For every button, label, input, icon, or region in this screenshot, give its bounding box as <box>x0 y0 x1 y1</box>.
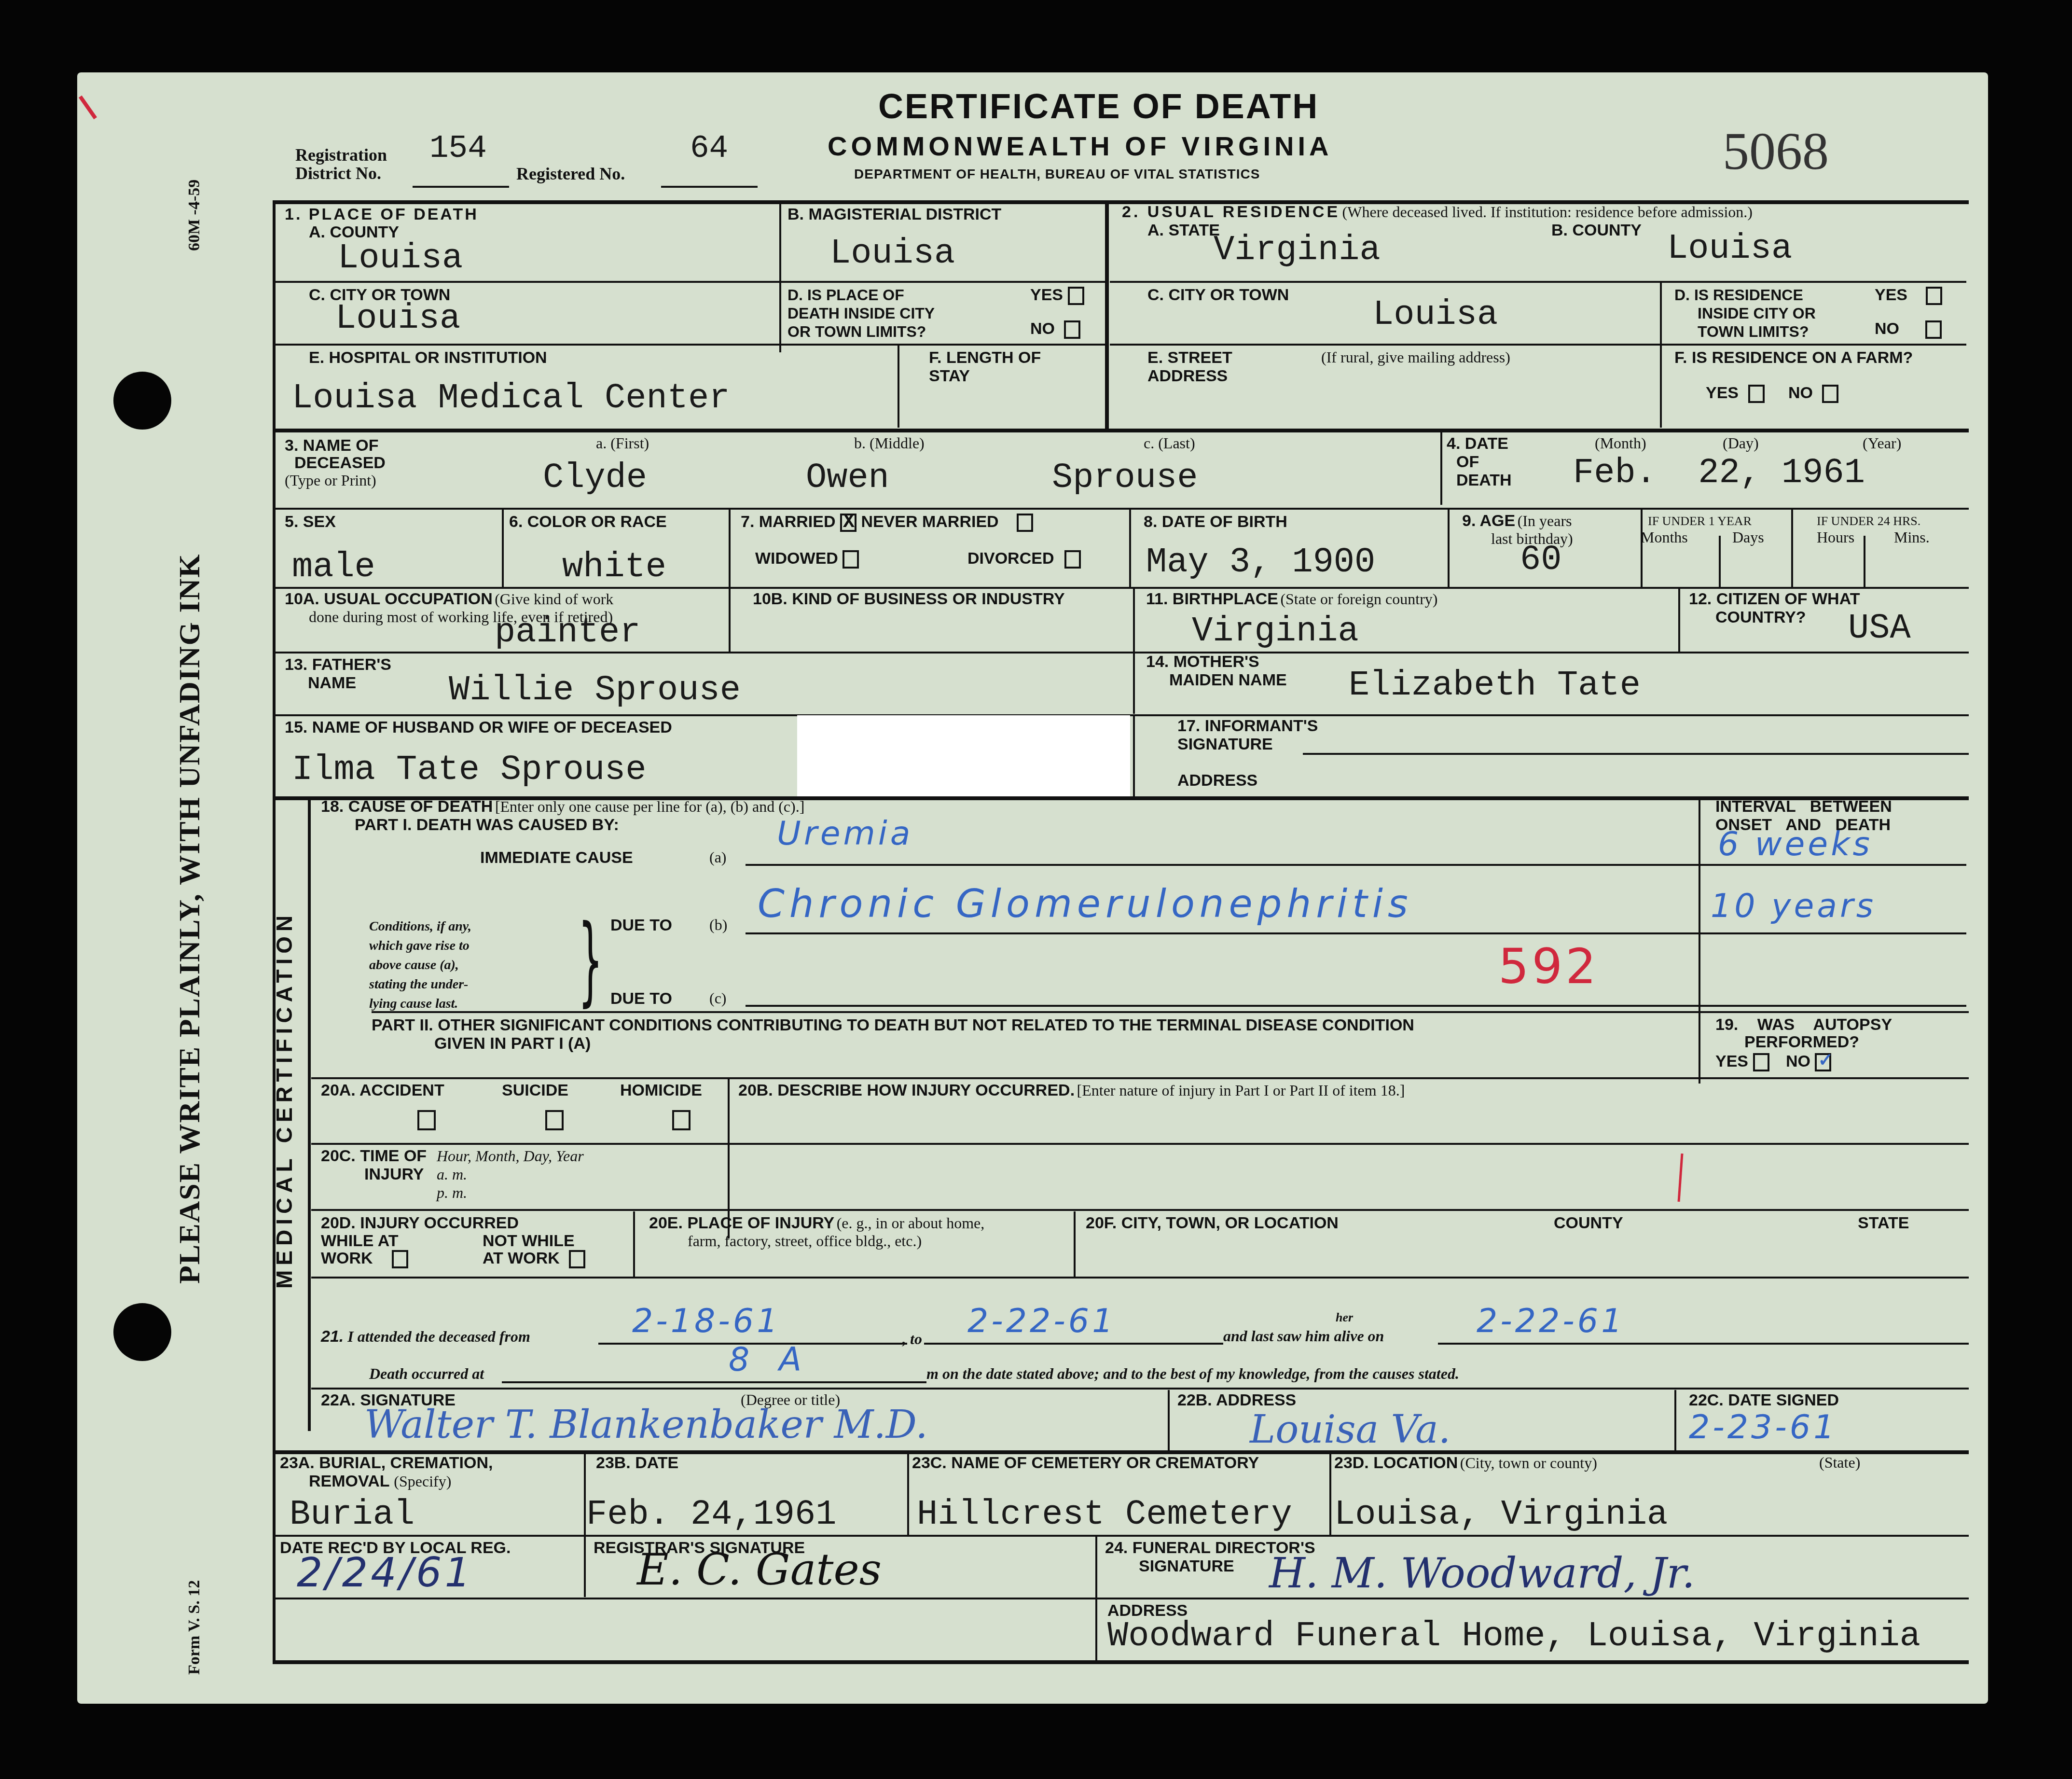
date-of-birth: May 3, 1900 <box>1146 543 1375 582</box>
registrar-funeral-divider <box>1095 1537 1097 1662</box>
row-5-10-line <box>275 587 1969 589</box>
20e-20f-divider <box>1074 1211 1076 1277</box>
not-while-at-work-checkbox[interactable] <box>569 1250 585 1268</box>
death-inside-yes-checkbox[interactable] <box>1068 287 1084 305</box>
signature-address-divider <box>1168 1390 1170 1450</box>
accident-checkbox[interactable] <box>417 1110 436 1130</box>
due-to-b-line <box>746 932 1966 934</box>
res-inside-no[interactable]: NO <box>1875 320 1942 339</box>
conditions-note: Conditions, if any, which gave rise to a… <box>369 917 471 1014</box>
punch-hole-top <box>113 372 171 430</box>
injury-state-label: STATE <box>1858 1214 1909 1232</box>
a-marker: (a) <box>709 848 727 866</box>
sex: male <box>292 548 375 586</box>
due-to-c-line <box>746 1005 1966 1007</box>
res-inside-yes-checkbox[interactable] <box>1926 287 1942 305</box>
method-date-divider <box>584 1453 586 1535</box>
interval-divider <box>1699 799 1700 1084</box>
informant-address-label: ADDRESS <box>1177 771 1257 790</box>
due-to-b-label: DUE TO <box>610 916 672 934</box>
registrar-signature: E. C. Gates <box>637 1544 882 1595</box>
row-2-3-line <box>275 429 1969 432</box>
burial-date: Feb. 24,1961 <box>586 1495 836 1534</box>
name-of-deceased-label: 3. NAME OF DECEASED (Type or Print) <box>285 437 386 489</box>
length-of-stay-label: f. LENGTH OF STAY <box>929 348 1041 385</box>
due-to-b: Chronic Glomerulonephritis <box>758 886 1413 922</box>
attended-from: 2-18-61 <box>632 1303 780 1340</box>
race-married-divider <box>729 510 731 587</box>
magisterial-district: Louisa <box>830 234 955 273</box>
cemetery: Hillcrest Cemetery <box>917 1495 1292 1534</box>
autopsy-options[interactable]: YES NO ✓ <box>1715 1052 1831 1071</box>
death-inside-no-checkbox[interactable] <box>1064 320 1080 339</box>
registered-no-label: Registered No. <box>516 165 625 182</box>
last-saw-correction: her <box>1336 1309 1353 1326</box>
registration-district-no: 154 <box>429 129 487 168</box>
place-of-death-heading: 1. PLACE OF DEATH <box>285 205 479 223</box>
months-label: Months <box>1641 528 1688 546</box>
farm-no-checkbox[interactable] <box>1822 385 1838 403</box>
date-of-death: Feb. 22, 1961 <box>1573 454 1865 492</box>
middle-name: Owen <box>806 459 889 497</box>
funeral-address: Woodward Funeral Home, Louisa, Virginia <box>1107 1617 1920 1655</box>
form-name: Form V. S. 12 <box>186 1580 203 1675</box>
conditions-brace: } <box>578 912 603 1009</box>
burial-location: Louisa, Virginia <box>1334 1495 1668 1534</box>
divider-1-mid <box>779 203 781 352</box>
form-code: 60M -4-59 <box>186 180 203 251</box>
name-date-divider <box>1440 432 1442 505</box>
row-10-13-line <box>275 652 1969 653</box>
while-at-work[interactable]: WHILE AT WORK <box>321 1232 408 1268</box>
injury-city-label: 20f. CITY, TOWN, OR LOCATION <box>1086 1214 1339 1232</box>
res-line-a <box>1110 281 1966 283</box>
sex-race-divider <box>502 510 504 587</box>
row-21-22-line <box>311 1388 1969 1390</box>
registered-no-underline <box>661 186 758 188</box>
death-time: 8 A <box>729 1342 804 1378</box>
last-saw-label: and last saw him alive on <box>1223 1327 1384 1345</box>
birthplace-citizen-divider <box>1678 589 1680 652</box>
suicide-label: SUICIDE <box>502 1081 568 1099</box>
widowed-checkbox[interactable] <box>843 550 859 569</box>
divider-1-2 <box>1105 203 1109 430</box>
row-23-24-line <box>275 1535 1969 1537</box>
street-address-label: e. STREET ADDRESS <box>1147 348 1232 385</box>
months-days-divider <box>1719 536 1721 587</box>
days-hours-divider <box>1791 510 1793 587</box>
burial-date-label: 23b. DATE <box>596 1454 678 1472</box>
mother-maiden-name: Elizabeth Tate <box>1349 666 1641 705</box>
cause-of-death-heading: 18. CAUSE OF DEATH [Enter only one cause… <box>321 797 804 816</box>
never-married-checkbox[interactable] <box>1017 514 1033 532</box>
res-divider <box>1660 283 1662 428</box>
married-option[interactable]: 7. MARRIED X NEVER MARRIED <box>741 513 1033 532</box>
registration-district-underline <box>413 186 509 188</box>
last-saw-line <box>1438 1343 1969 1345</box>
widowed-option[interactable]: WIDOWED <box>755 549 859 569</box>
interval-a: 6 weeks <box>1718 826 1873 863</box>
death-city: Louisa <box>335 299 460 338</box>
occupation-business-divider <box>729 589 731 652</box>
time-of-injury-note: Hour, Month, Day, Year a. m. p. m. <box>437 1147 584 1202</box>
funeral-director-signature: H. M. Woodward, Jr. <box>1269 1549 1695 1598</box>
days-label: Days <box>1732 528 1764 546</box>
registered-no: 64 <box>690 129 728 168</box>
dob-label: 8. DATE OF BIRTH <box>1144 513 1287 531</box>
divorced-checkbox[interactable] <box>1064 550 1081 569</box>
frame-bottom <box>273 1660 1969 1664</box>
funeral-signature-line <box>275 1598 1969 1599</box>
res-inside-no-checkbox[interactable] <box>1925 320 1942 339</box>
last-name: Sprouse <box>1052 459 1198 497</box>
place-of-injury-label: 20e. PLACE OF INJURY (e. g., in or about… <box>649 1214 984 1250</box>
res-county: Louisa <box>1667 229 1792 268</box>
homicide-label: HOMICIDE <box>620 1081 702 1099</box>
time-of-injury-label: 20c. TIME OF INJURY <box>321 1147 427 1183</box>
father-name: Willie Sprouse <box>449 671 741 709</box>
res-county-label: b. COUNTY <box>1551 221 1642 239</box>
death-county: Louisa <box>338 239 463 278</box>
redacted-area <box>797 715 1130 800</box>
res-city: Louisa <box>1373 295 1498 334</box>
race: white <box>562 548 666 586</box>
immediate-cause: Uremia <box>777 816 913 852</box>
hours-mins-divider <box>1864 536 1865 587</box>
autopsy-no-checkbox[interactable]: ✓ <box>1815 1053 1831 1071</box>
date-of-death-label: 4. DATE OF DEATH <box>1447 434 1512 489</box>
cemetery-location-divider <box>1329 1453 1331 1535</box>
divorced-option[interactable]: DIVORCED <box>967 549 1081 569</box>
magisterial-district-label: b. MAGISTERIAL DISTRICT <box>787 205 1001 223</box>
date-recd: 2/24/61 <box>297 1554 473 1591</box>
month-label: (Month) <box>1595 434 1646 452</box>
under-1-year-label: IF UNDER 1 YEAR <box>1648 513 1752 530</box>
street-address-note: (If rural, give mailing address) <box>1321 348 1510 366</box>
due-to-c-label: DUE TO <box>610 989 672 1008</box>
farm-yes-checkbox[interactable] <box>1748 385 1765 403</box>
farm-label: f. IS RESIDENCE ON A FARM? <box>1674 348 1913 367</box>
sex-label: 5. SEX <box>285 513 336 531</box>
death-inside-yes[interactable]: YES <box>1030 286 1084 305</box>
attended-label: 21. 21. I attended the deceased fromI at… <box>321 1327 530 1346</box>
department-title: DEPARTMENT OF HEALTH, BUREAU OF VITAL ST… <box>854 167 1260 182</box>
business-birthplace-divider <box>1133 589 1135 652</box>
citizen: USA <box>1848 609 1911 648</box>
registration-district-label: Registration District No. <box>295 146 387 182</box>
to-label: , to <box>902 1330 922 1348</box>
res-inside-yes[interactable]: YES <box>1875 286 1942 305</box>
birthplace: Virginia <box>1192 612 1359 651</box>
c-marker: (c) <box>709 989 727 1007</box>
hospital: Louisa Medical Center <box>292 379 730 417</box>
row-3-5-line <box>275 508 1969 510</box>
suicide-checkbox[interactable] <box>545 1110 564 1130</box>
commonwealth-title: COMMONWEALTH OF VIRGINIA <box>828 130 1332 162</box>
medical-certification-label: MEDICAL CERTIFICATION <box>275 911 293 1289</box>
business-label: 10b. KIND OF BUSINESS OR INDUSTRY <box>753 590 1065 608</box>
year-label: (Year) <box>1863 434 1901 452</box>
informant-label: 17. INFORMANT'S SIGNATURE <box>1177 717 1318 753</box>
usual-residence-heading: 2. USUAL RESIDENCE (Where deceased lived… <box>1122 203 1753 221</box>
res-inside-limits-label: d. IS RESIDENCE INSIDE CITY OR TOWN LIMI… <box>1674 286 1816 341</box>
attended-to: 2-22-61 <box>967 1303 1116 1340</box>
occupation: painter <box>495 613 640 652</box>
describe-injury-label: 20b. DESCRIBE HOW INJURY OCCURRED. [Ente… <box>738 1081 1405 1099</box>
spouse-informant-divider <box>1133 716 1135 799</box>
interval-b: 10 years <box>1711 888 1876 925</box>
death-occurred-at-label: Death occurred at <box>369 1365 484 1382</box>
first-name-label: a. (First) <box>596 434 649 452</box>
date-signed: 2-23-61 <box>1689 1409 1837 1446</box>
row-20d-21-line <box>311 1277 1969 1279</box>
spouse-name: Ilma Tate Sprouse <box>292 751 647 789</box>
divider-stay <box>898 346 899 428</box>
under-24-label: IF UNDER 24 HRS. <box>1817 513 1920 530</box>
dob-age-divider <box>1448 510 1450 587</box>
not-while-at-work[interactable]: NOT WHILE AT WORK <box>483 1232 585 1268</box>
cemetery-label: 23c. NAME OF CEMETERY OR CREMATORY <box>912 1454 1259 1472</box>
mother-label: 14. MOTHER'S MAIDEN NAME <box>1146 653 1287 689</box>
address-date-divider <box>1674 1390 1676 1450</box>
immediate-cause-line <box>746 864 1966 866</box>
hospital-label: e. HOSPITAL OR INSTITUTION <box>309 348 547 367</box>
attended-to-line <box>924 1343 1223 1345</box>
row-20a-20c-line <box>311 1143 1969 1145</box>
res-state-label: a. STATE <box>1147 221 1220 239</box>
row1-line-b <box>275 344 1105 346</box>
accident-label: 20a. ACCIDENT <box>321 1081 444 1099</box>
row-18-20-line <box>311 1077 1969 1079</box>
immediate-cause-label: IMMEDIATE CAUSE <box>480 848 633 867</box>
age-months-divider <box>1641 510 1643 587</box>
date-registrar-divider <box>584 1537 586 1597</box>
father-mother-divider <box>1133 653 1135 714</box>
20d-20e-divider <box>633 1211 635 1277</box>
b-marker: (b) <box>709 916 727 933</box>
certificate-number: 5068 <box>1723 121 1829 182</box>
date-cemetery-divider <box>907 1453 909 1535</box>
middle-name-label: b. (Middle) <box>854 434 925 452</box>
write-plainly-instruction: PLEASE WRITE PLAINLY, WITH UNFADING INK <box>181 553 198 1284</box>
last-name-label: c. (Last) <box>1144 434 1195 452</box>
punch-hole-bottom <box>113 1303 171 1361</box>
medical-cert-divider <box>308 799 311 1431</box>
part2-label: PART II. OTHER SIGNIFICANT CONDITIONS CO… <box>372 1016 1414 1053</box>
death-time-line <box>502 1381 926 1383</box>
autopsy-label: 19. WAS AUTOPSY PERFORMED? <box>1715 1016 1892 1051</box>
code-mark: 592 <box>1498 948 1599 985</box>
day-label: (Day) <box>1723 434 1759 452</box>
farm-options[interactable]: YES NO <box>1706 384 1838 403</box>
autopsy-yes-checkbox[interactable] <box>1753 1053 1769 1071</box>
hours-label: Hours <box>1817 528 1854 546</box>
physician-address: Louisa Va. <box>1250 1407 1450 1452</box>
burial-method-label: 23a. BURIAL, CREMATION, REMOVAL (Specify… <box>280 1454 493 1490</box>
married-checkbox[interactable]: X <box>840 514 856 532</box>
spouse-label: 15. NAME OF HUSBAND OR WIFE OF DECEASED <box>285 718 672 737</box>
while-at-work-checkbox[interactable] <box>392 1250 408 1268</box>
first-name: Clyde <box>543 459 647 497</box>
citizen-label: 12. CITIZEN OF WHAT COUNTRY? <box>1689 590 1860 626</box>
physician-signature: Walter T. Blankenbaker M.D. <box>364 1402 928 1447</box>
res-state: Virginia <box>1214 231 1381 269</box>
injury-county-label: COUNTY <box>1554 1214 1623 1232</box>
part2-line <box>372 1011 1969 1013</box>
death-inside-limits-label: d. IS PLACE OF DEATH INSIDE CITY OR TOWN… <box>787 286 935 341</box>
date-signed-label: 22c. DATE SIGNED <box>1689 1391 1839 1409</box>
married-dob-divider <box>1129 510 1131 587</box>
injury-occurred-label: 20d. INJURY OCCURRED <box>321 1214 519 1232</box>
death-occurred-suffix: m on the date stated above; and to the b… <box>926 1365 1459 1382</box>
death-inside-no[interactable]: NO <box>1030 320 1080 339</box>
res-city-label: c. CITY OR TOWN <box>1147 286 1289 304</box>
mins-label: Mins. <box>1894 528 1930 546</box>
burial-state-label: (State) <box>1819 1454 1860 1471</box>
part1-label: PART I. DEATH WAS CAUSED BY: <box>355 816 619 834</box>
row-20c-20d-line <box>311 1209 1969 1211</box>
age: 60 <box>1520 541 1561 579</box>
last-saw-date: 2-22-61 <box>1477 1303 1625 1340</box>
father-label: 13. FATHER'S NAME <box>285 655 391 692</box>
res-line-b <box>1110 344 1966 346</box>
row1-line-a <box>275 281 1105 283</box>
birthplace-label: 11. BIRTHPLACE (State or foreign country… <box>1146 590 1438 608</box>
informant-signature-line <box>1303 753 1969 755</box>
certificate-title: CERTIFICATE OF DEATH <box>878 87 1319 126</box>
homicide-checkbox[interactable] <box>672 1110 691 1130</box>
race-label: 6. COLOR OR RACE <box>509 513 667 531</box>
burial-method: Burial <box>290 1495 414 1534</box>
burial-location-label: 23d. LOCATION (City, town or county) <box>1334 1454 1597 1472</box>
